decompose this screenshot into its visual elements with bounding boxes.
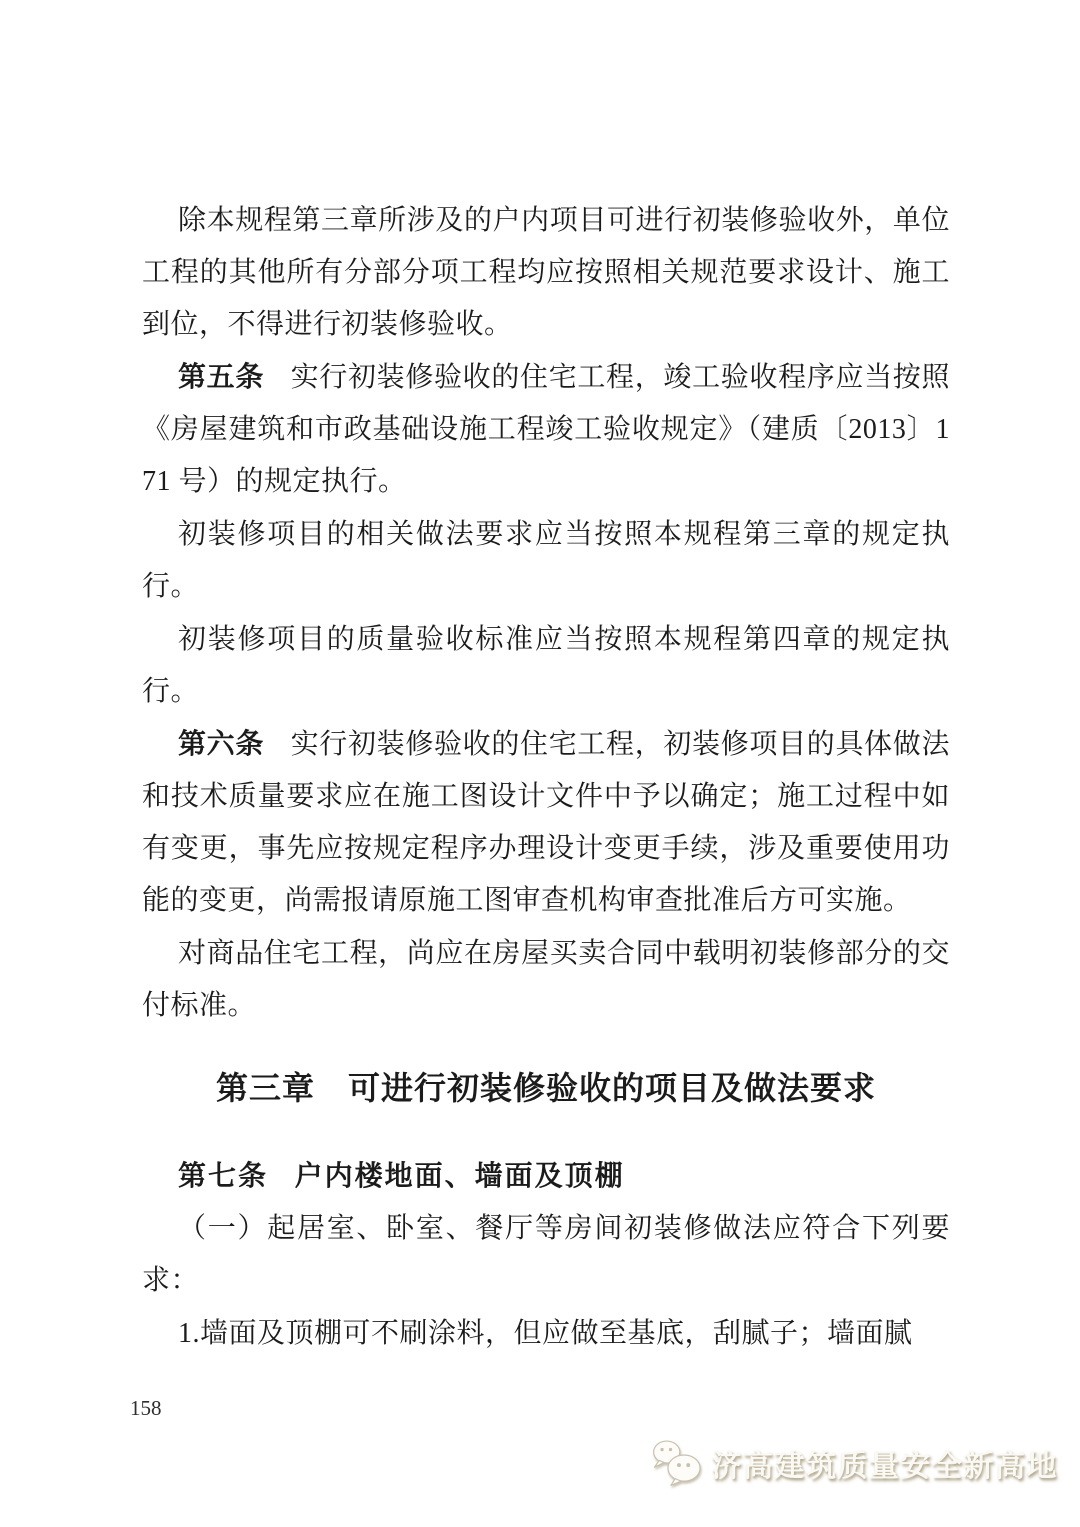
watermark: 济高建筑质量安全新高地 xyxy=(649,1438,1059,1488)
paragraph-text: 初装修项目的相关做法要求应当按照本规程第三章的规定执行。 xyxy=(142,519,950,602)
clause-lead: 第六条 xyxy=(178,728,264,759)
clause-lead: 第七条 xyxy=(178,1160,268,1191)
paragraph: 除本规程第三章所涉及的户内项目可进行初装修验收外，单位工程的其他所有分部分项工程… xyxy=(142,194,950,351)
paragraph-text: 1.墙面及顶棚可不刷涂料，但应做至基底，刮腻子；墙面腻 xyxy=(178,1318,913,1349)
paragraph: 对商品住宅工程，尚应在房屋买卖合同中载明初装修部分的交付标准。 xyxy=(142,927,950,1032)
document-page: 除本规程第三章所涉及的户内项目可进行初装修验收外，单位工程的其他所有分部分项工程… xyxy=(0,0,1080,1527)
paragraph-clause-6: 第六条实行初装修验收的住宅工程，初装修项目的具体做法和技术质量要求应在施工图设计… xyxy=(142,718,950,927)
paragraph: 1.墙面及顶棚可不刷涂料，但应做至基底，刮腻子；墙面腻 xyxy=(142,1307,950,1360)
watermark-text: 济高建筑质量安全新高地 xyxy=(712,1441,1059,1485)
paragraph-text: （一）起居室、卧室、餐厅等房间初装修做法应符合下列要求： xyxy=(142,1213,950,1296)
wechat-icon xyxy=(649,1438,703,1488)
paragraph-clause-7: 第七条户内楼地面、墙面及顶棚 xyxy=(142,1150,950,1202)
paragraph-text: 对商品住宅工程，尚应在房屋买卖合同中载明初装修部分的交付标准。 xyxy=(142,938,950,1021)
paragraph: （一）起居室、卧室、餐厅等房间初装修做法应符合下列要求： xyxy=(142,1202,950,1307)
paragraph: 初装修项目的质量验收标准应当按照本规程第四章的规定执行。 xyxy=(142,613,950,718)
clause-title-text: 户内楼地面、墙面及顶棚 xyxy=(295,1160,625,1191)
chapter-heading: 第三章 可进行初装修验收的项目及做法要求 xyxy=(142,1062,950,1114)
paragraph: 初装修项目的相关做法要求应当按照本规程第三章的规定执行。 xyxy=(142,508,950,613)
paragraph-text: 除本规程第三章所涉及的户内项目可进行初装修验收外，单位工程的其他所有分部分项工程… xyxy=(142,205,950,340)
document-body: 除本规程第三章所涉及的户内项目可进行初装修验收外，单位工程的其他所有分部分项工程… xyxy=(0,0,1080,1360)
clause-lead: 第五条 xyxy=(178,361,264,392)
paragraph-clause-5: 第五条实行初装修验收的住宅工程，竣工验收程序应当按照《房屋建筑和市政基础设施工程… xyxy=(142,351,950,508)
page-number: 158 xyxy=(130,1396,162,1421)
paragraph-text: 初装修项目的质量验收标准应当按照本规程第四章的规定执行。 xyxy=(142,624,950,707)
